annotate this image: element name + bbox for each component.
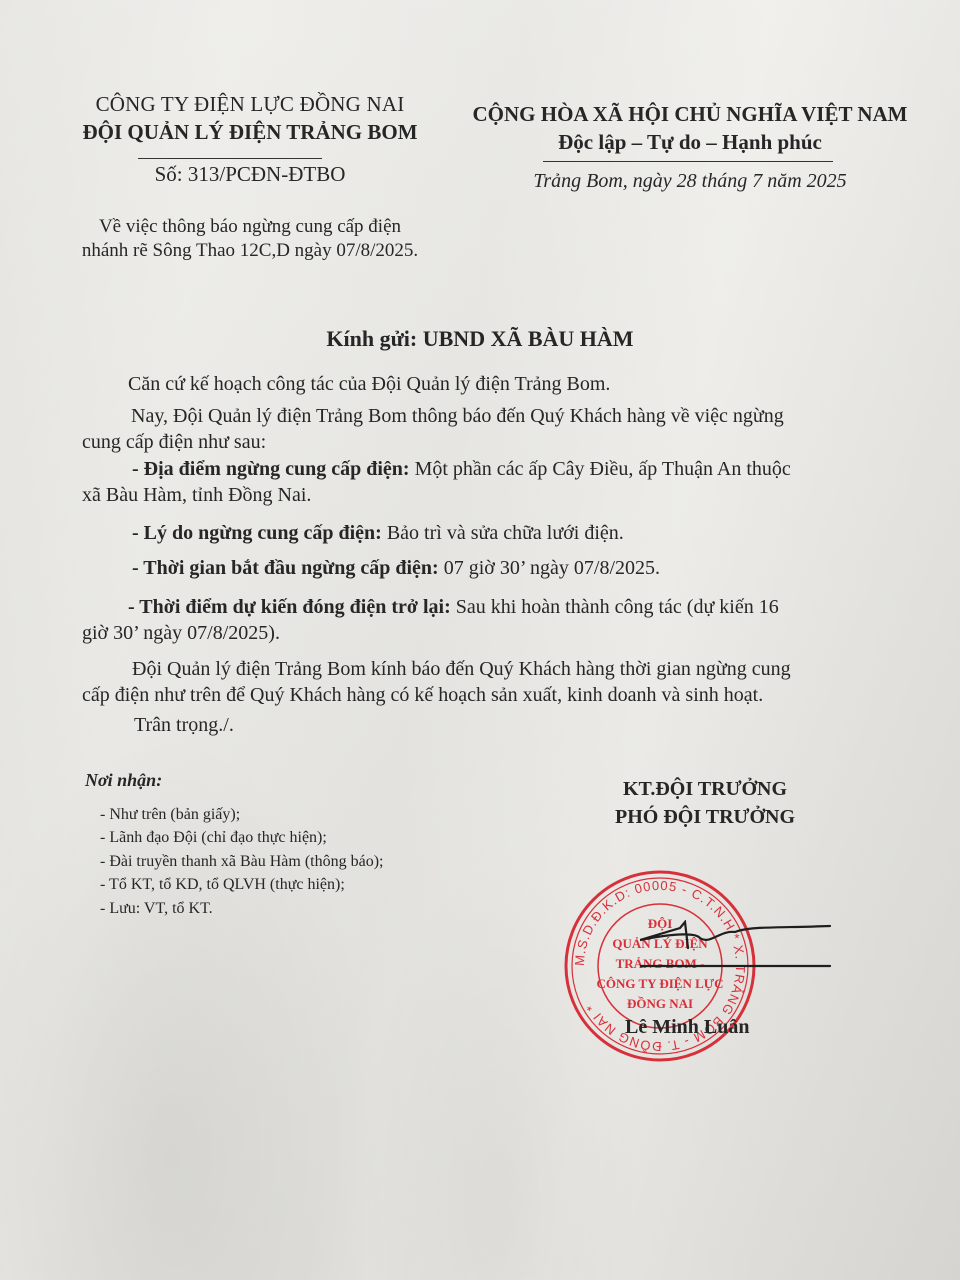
header-right-divider [543, 161, 833, 162]
svg-text:ĐỒNG NAI: ĐỒNG NAI [627, 996, 693, 1011]
header-left-divider [138, 158, 322, 159]
place-date: Trảng Bom, ngày 28 tháng 7 năm 2025 [440, 170, 940, 193]
item-reason: - Lý do ngừng cung cấp điện: Bảo trì và … [132, 522, 624, 545]
company-name: CÔNG TY ĐIỆN LỰC ĐỒNG NAI [40, 92, 460, 117]
distribution-item: - Tổ KT, tổ KD, tổ QLVH (thực hiện); [100, 876, 345, 894]
closing-line-1: Đội Quản lý điện Trảng Bom kính báo đến … [132, 658, 791, 681]
item-start-time: - Thời gian bắt đầu ngừng cấp điện: 07 g… [132, 557, 660, 580]
national-title: CỘNG HÒA XÃ HỘI CHỦ NGHĨA VIỆT NAM [440, 102, 940, 127]
distribution-item: - Lãnh đạo Đội (chỉ đạo thực hiện); [100, 829, 327, 847]
distribution-item: - Đài truyền thanh xã Bàu Hàm (thông báo… [100, 853, 383, 871]
signature-title-2: PHÓ ĐỘI TRƯỞNG [570, 806, 840, 829]
subject-line-1: Về việc thông báo ngừng cung cấp điện [40, 215, 460, 239]
item-location: - Địa điểm ngừng cung cấp điện: Một phần… [132, 458, 791, 481]
intro-line-1: Nay, Đội Quản lý điện Trảng Bom thông bá… [131, 405, 784, 428]
item-reason-value: Bảo trì và sửa chữa lưới điện. [382, 522, 624, 544]
distribution-title: Nơi nhận: [85, 770, 162, 791]
item-reason-label: - Lý do ngừng cung cấp điện: [132, 522, 382, 544]
handwritten-signature [640, 920, 840, 980]
item-restore-time: - Thời điểm dự kiến đóng điện trở lại: S… [128, 596, 779, 619]
item-restore-time-value: Sau khi hoàn thành công tác (dự kiến 16 [451, 596, 779, 618]
item-location-label: - Địa điểm ngừng cung cấp điện: [132, 458, 410, 480]
document-number: Số: 313/PCĐN-ĐTBO [40, 162, 460, 187]
item-location-value: Một phần các ấp Cây Điều, ấp Thuận An th… [410, 458, 791, 480]
national-motto: Độc lập – Tự do – Hạnh phúc [440, 130, 940, 155]
distribution-item: - Lưu: VT, tổ KT. [100, 900, 213, 918]
recipient-line: Kính gửi: UBND XÃ BÀU HÀM [0, 326, 960, 352]
item-start-time-label: - Thời gian bắt đầu ngừng cấp điện: [132, 557, 439, 579]
item-restore-time-cont: giờ 30’ ngày 07/8/2025). [82, 622, 280, 645]
closing-line-2: cấp điện như trên để Quý Khách hàng có k… [82, 684, 763, 707]
intro-line-2: cung cấp điện như sau: [82, 431, 266, 454]
signature-title-1: KT.ĐỘI TRƯỞNG [570, 778, 840, 801]
document-subject: Về việc thông báo ngừng cung cấp điện nh… [40, 215, 460, 263]
item-location-cont: xã Bàu Hàm, tỉnh Đồng Nai. [82, 484, 311, 507]
subject-line-2: nhánh rẽ Sông Thao 12C,D ngày 07/8/2025. [40, 239, 460, 263]
signer-name: Lê Minh Luân [625, 1016, 749, 1039]
item-restore-time-label: - Thời điểm dự kiến đóng điện trở lại: [128, 596, 451, 618]
regards: Trân trọng./. [134, 714, 234, 737]
distribution-item: - Như trên (bản giấy); [100, 806, 240, 824]
department-name: ĐỘI QUẢN LÝ ĐIỆN TRẢNG BOM [40, 120, 460, 145]
item-start-time-value: 07 giờ 30’ ngày 07/8/2025. [439, 557, 660, 579]
basis-paragraph: Căn cứ kế hoạch công tác của Đội Quản lý… [128, 373, 610, 396]
